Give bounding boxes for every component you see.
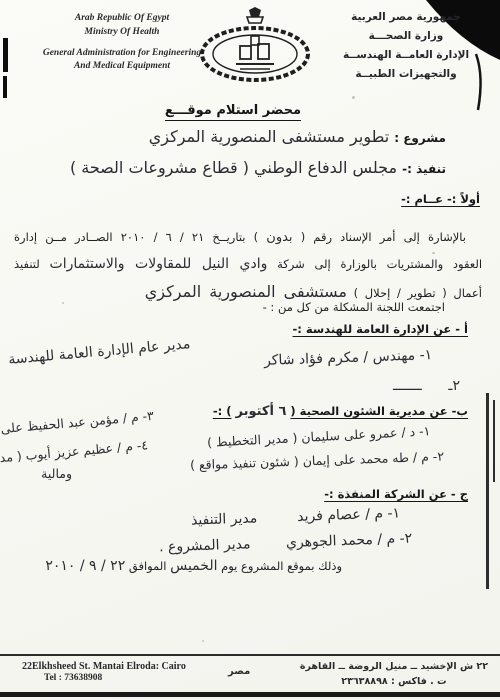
- footer-divider: [0, 654, 500, 656]
- project-value-handwritten: تطوير مستشفى المنصورية المركزي: [149, 127, 389, 146]
- header-ar-line: الإدارة العامــة الهندســة: [322, 46, 490, 65]
- closing-line: وذلك بموقع المشروع يوم الخميس الموافق ٢٢…: [45, 558, 342, 574]
- company-name-handwritten: وادي النيل للمقاولات والاستثمارات: [50, 256, 268, 272]
- scan-edge-line: [493, 400, 495, 482]
- scan-speck: [352, 96, 355, 99]
- project-label: مشروع :: [394, 131, 446, 145]
- section-b-left-member-2b: ومالية: [41, 466, 72, 481]
- ministry-eagle-emblem-icon: [196, 6, 314, 86]
- closing-typed: الموافق: [129, 559, 167, 573]
- scan-edge-mark: [3, 76, 7, 98]
- project-line: مشروع : تطوير مستشفى المنصورية المركزي: [149, 127, 446, 146]
- paragraph-typed: بالإشارة إلى أمر الإسناد رقم (: [301, 230, 466, 244]
- section-b-left-member-2: ٤- م / عظيم عزيز أيوب ( مدير مواقع ): [0, 437, 148, 469]
- section-a-heading: أ - عن الإدارة العامة للهندسة :-: [293, 322, 468, 336]
- scan-edge-line: [486, 393, 489, 589]
- page-bottom-edge: [0, 692, 500, 697]
- committee-intro: اجتمعت اللجنة المشكلة من كل من : -: [263, 300, 445, 314]
- section-b-heading: ب- عن مديرية الشئون الصحية ( ٦ أكتوبر ) …: [213, 404, 468, 419]
- general-paragraph: بالإشارة إلى أمر الإسناد رقم ( بدون ) بت…: [14, 224, 482, 307]
- footer-english: 22Elkhsheed St. Mantai Elroda: Cairo Tel…: [22, 661, 186, 683]
- section-a-member1-name: ١- مهندس / مكرم فؤاد شاكر: [264, 347, 433, 369]
- section-a-member1-role: مدير عام الإدارة العامة للهندسة: [8, 336, 191, 368]
- scan-edge-mark: [3, 38, 8, 72]
- section-b-fill-handwritten: ٦ أكتوبر: [236, 404, 287, 419]
- execution-line: تنفيذ :- مجلس الدفاع الوطني ( قطاع مشروع…: [70, 158, 446, 177]
- footer-address-ar: ٢٢ ش الإخشيد ــ منيل الروضة ــ القاهرة: [300, 659, 488, 674]
- closing-day-handwritten: الخميس: [170, 558, 217, 574]
- footer-tel-en: Tel : 73638908: [44, 673, 186, 683]
- section-a-member2: ٢ـ ـــــــ: [393, 378, 460, 394]
- execution-value-handwritten: مجلس الدفاع الوطني ( قطاع مشروعات الصحة …: [70, 158, 397, 177]
- header-ar-line: جمهورية مصر العربية: [322, 8, 490, 27]
- hospital-name-handwritten: مستشفى المنصورية المركزي: [145, 282, 347, 301]
- footer-tel-ar: ت . فاكس : ٢٣٦٣٨٨٩٨: [300, 674, 488, 689]
- section-c-member-1: ١- م / عصام فريد مدير التنفيذ: [191, 505, 401, 528]
- section-c-member-2: ٢- م / محمد الجوهري مدير المشروع .: [159, 531, 413, 556]
- order-number-handwritten: بدون: [266, 230, 292, 245]
- header-ar-line: وزارة الصحـــة: [322, 27, 490, 46]
- section-b-right-member-1: ١- د / عمرو على سليمان ( مدير التخطيط ): [206, 423, 430, 450]
- section-b-right-member-2: ٢- م / طه محمد على إيمان ( شئون تنفيذ مو…: [190, 449, 444, 473]
- footer-arabic: ٢٢ ش الإخشيد ــ منيل الروضة ــ القاهرة ت…: [300, 659, 488, 689]
- scan-speck: [202, 640, 204, 642]
- scanned-document-page: Arab Republic Of Egypt Ministry Of Healt…: [0, 0, 500, 700]
- document-title: محضر استلام موقـــع: [128, 99, 338, 121]
- section-general-heading: أولاً :- عــام :-: [401, 192, 480, 206]
- header-ar-line: والتجهيزات الطبيــة: [322, 65, 490, 84]
- footer-center-mark: مصر: [228, 666, 250, 677]
- footer-address-en: 22Elkhsheed St. Mantai Elroda: Cairo: [22, 661, 186, 672]
- section-c-heading: ج - عن الشركة المنفذة :-: [324, 487, 468, 501]
- closing-typed: وذلك بموقع المشروع يوم: [221, 559, 342, 573]
- execution-label: تنفيذ :-: [402, 162, 446, 176]
- closing-date-handwritten: ٢٢ / ٩ / ٢٠١٠: [45, 558, 125, 574]
- header-arabic-block: جمهورية مصر العربية وزارة الصحـــة الإدا…: [322, 8, 490, 84]
